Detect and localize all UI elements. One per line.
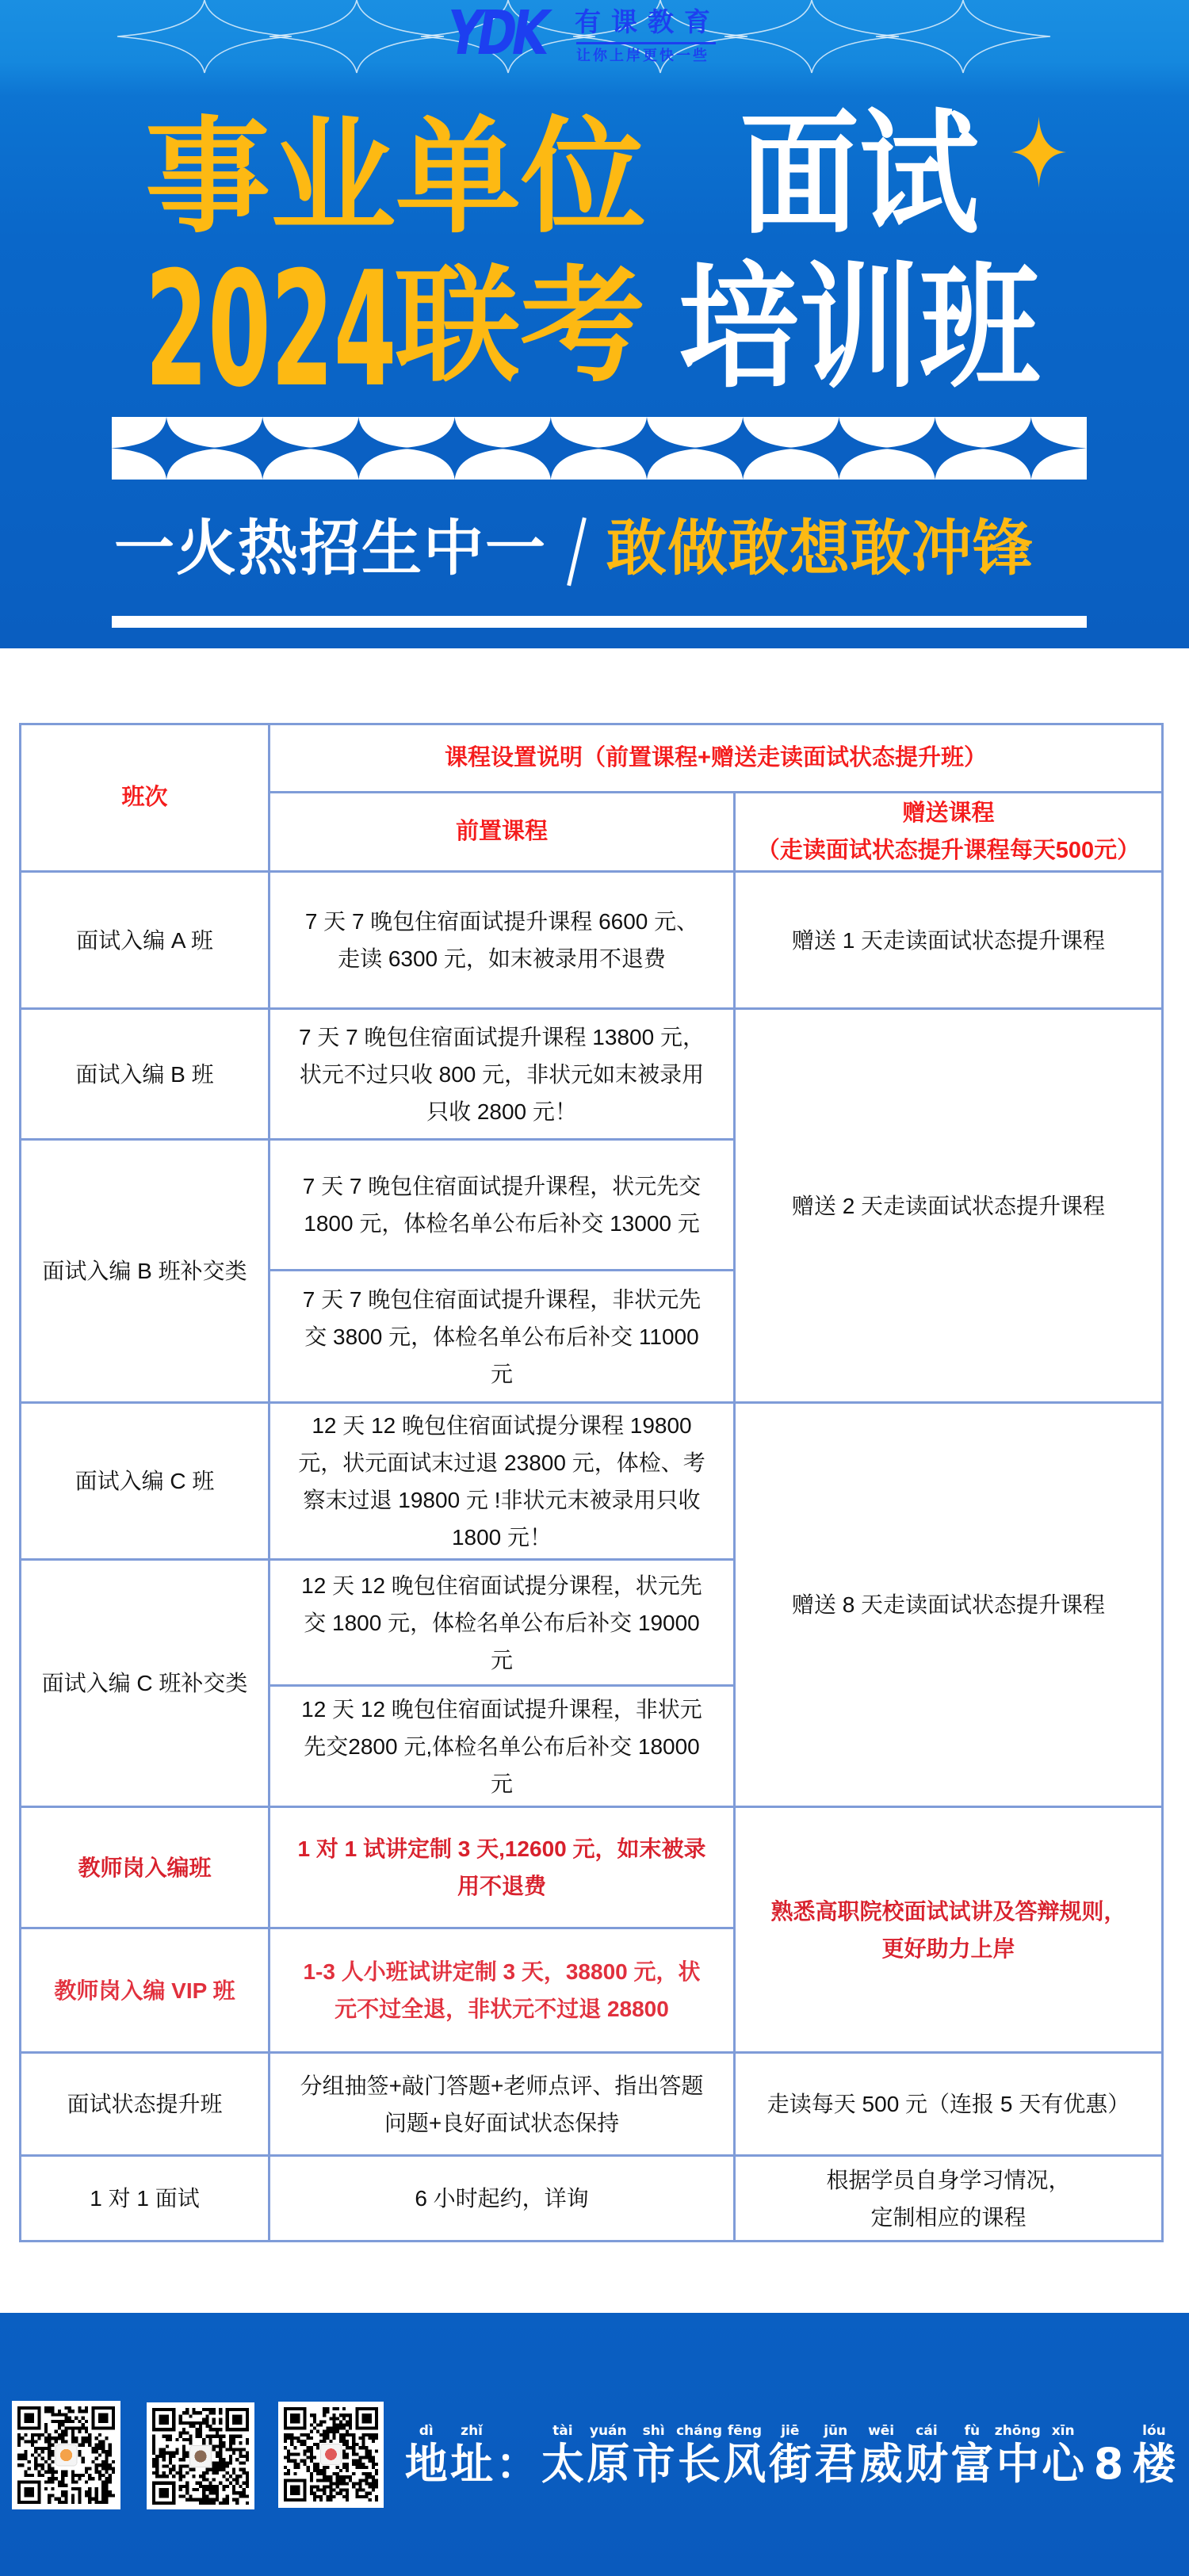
pinyin: zhōng (995, 2422, 1041, 2440)
qr-code-icon (12, 2401, 120, 2509)
table-row: 1 对 1 面试 6 小时起约，详询 根据学员自身学习情况， 定制相应的课程 (21, 2156, 1163, 2242)
pinyin: jiē (781, 2422, 799, 2440)
address-char: dì地 (403, 2422, 449, 2489)
address-char: zhōng中 (995, 2422, 1040, 2489)
table-row: 教师岗入编班 1 对 1 试讲定制 3 天,12600 元，如末被录 用不退费 … (21, 1807, 1163, 1928)
pinyin: tài (552, 2422, 572, 2440)
address-char: yuán原 (586, 2422, 631, 2489)
pre-course-cell: 7 天 7 晚包住宿面试提升课程 13800 元， 状元不过只收 800 元，非… (270, 1009, 735, 1140)
pre-course-cell: 7 天 7 晚包住宿面试提升课程，状元先交 1800 元，体检名单公布后补交 1… (270, 1140, 735, 1271)
hanzi: 街 (769, 2440, 812, 2489)
pre-course-cell: 7 天 7 晚包住宿面试提升课程，非状元先 交 3800 元，体检名单公布后补交… (270, 1271, 735, 1403)
pinyin: lóu (1142, 2422, 1166, 2440)
subtitle-enrolling: 一火热招生中一 (114, 518, 547, 579)
hanzi: 太 (541, 2440, 584, 2489)
address-char: lóu楼 (1131, 2422, 1176, 2489)
title-line-2: 联考 (395, 264, 645, 389)
pinyin: shì (643, 2422, 665, 2440)
hanzi: 地 (405, 2440, 448, 2489)
hanzi: 君 (814, 2440, 857, 2489)
title-year: 2024 (145, 251, 396, 410)
qr-code-icon (147, 2402, 254, 2509)
divider-bar (112, 616, 1087, 628)
logo-name: 有课教育 (575, 7, 721, 37)
logo-slogan: 让你上岸更快一些 (576, 48, 709, 65)
address-char: jūn君 (813, 2422, 858, 2489)
address-char: xīn心 (1040, 2422, 1085, 2489)
class-name: 教师岗入编 VIP 班 (21, 1928, 270, 2053)
table-row: 面试入编 B 班 7 天 7 晚包住宿面试提升课程 13800 元， 状元不过只… (21, 1009, 1163, 1140)
gift-course-cell: 赠送 2 天走读面试状态提升课程 (735, 1009, 1163, 1403)
header-pre-course: 前置课程 (270, 793, 735, 872)
address-char: ： (495, 2422, 540, 2489)
hanzi: 威 (860, 2440, 903, 2489)
address-char: shì市 (631, 2422, 676, 2489)
class-name: 面试入编 A 班 (21, 872, 270, 1009)
hanzi: 中 (996, 2440, 1039, 2489)
address-char: zhǐ址 (449, 2422, 494, 2489)
hanzi: 市 (633, 2440, 675, 2489)
address: dì地 zhǐ址 ： tài太 yuán原 shì市 cháng长 fēng风 … (403, 2422, 1177, 2489)
pre-course-cell: 1-3 人小班试讲定制 3 天，38800 元，状 元不过全退，非状元不过退 2… (270, 1928, 735, 2053)
course-table: 班次 课程设置说明（前置课程+赠送走读面试状态提升班） 前置课程 赠送课程 （走… (19, 723, 1164, 2242)
pinyin: yuán (590, 2422, 627, 2440)
pinyin: cháng (676, 2422, 722, 2440)
gift-course-cell: 熟悉高职院校面试试讲及答辩规则， 更好助力上岸 (735, 1807, 1163, 2053)
class-name: 面试入编 B 班补交类 (21, 1140, 270, 1403)
pre-course-cell: 6 小时起约，详询 (270, 2156, 735, 2242)
hanzi: ： (495, 2440, 538, 2489)
address-char: cháng长 (676, 2422, 721, 2489)
title-training-class: 培训班 (679, 261, 1040, 396)
address-char: tài太 (540, 2422, 585, 2489)
pre-course-cell: 分组抽签+敲门答题+老师点评、指出答题 问题+良好面试状态保持 (270, 2053, 735, 2156)
subtitle-slogan: 敢做敢想敢冲锋 (606, 518, 1034, 579)
hanzi: 富 (950, 2440, 993, 2489)
title-line-1: 事业单位 (145, 115, 646, 240)
table-row: 面试入编 C 班 12 天 12 晚包住宿面试提分课程 19800 元，状元面试… (21, 1403, 1163, 1560)
address-char: 8 (1086, 2422, 1131, 2489)
pinyin: fù (965, 2422, 981, 2440)
header-class-col: 班次 (21, 724, 270, 872)
header-course-setting: 课程设置说明（前置课程+赠送走读面试状态提升班） (270, 724, 1163, 793)
pre-course-cell: 12 天 12 晚包住宿面试提分课程 19800 元，状元面试末过退 23800… (270, 1403, 735, 1560)
logo-mark: YDK (442, 3, 572, 64)
address-char: wēi威 (858, 2422, 904, 2489)
hanzi: 心 (1042, 2440, 1084, 2489)
gift-course-cell: 根据学员自身学习情况， 定制相应的课程 (735, 2156, 1163, 2242)
class-name: 面试状态提升班 (21, 2053, 270, 2156)
address-char: jiē街 (767, 2422, 812, 2489)
address-char: fù富 (950, 2422, 995, 2489)
address-char: cái财 (904, 2422, 949, 2489)
class-name: 面试入编 B 班 (21, 1009, 270, 1140)
gift-course-cell: 走读每天 500 元（连报 5 天有优惠） (735, 2053, 1163, 2156)
pinyin: wēi (868, 2422, 894, 2440)
hanzi: 址 (450, 2440, 493, 2489)
class-name: 教师岗入编班 (21, 1807, 270, 1928)
pre-course-cell: 12 天 12 晚包住宿面试提分课程，状元先 交 1800 元，体检名单公布后补… (270, 1560, 735, 1686)
gift-course-cell: 赠送 8 天走读面试状态提升课程 (735, 1403, 1163, 1807)
table-row: 面试状态提升班 分组抽签+敲门答题+老师点评、指出答题 问题+良好面试状态保持 … (21, 2053, 1163, 2156)
subtitle-divider (567, 518, 587, 587)
pinyin: cái (916, 2422, 937, 2440)
class-name: 面试入编 C 班补交类 (21, 1560, 270, 1807)
class-name: 1 对 1 面试 (21, 2156, 270, 2242)
hero-banner: YDK 有课教育 让你上岸更快一些 事业单位 2024 联考 面试 培训班 一火… (0, 0, 1189, 648)
table-row: 面试入编 A 班 7 天 7 晚包住宿面试提升课程 6600 元、 走读 630… (21, 872, 1163, 1009)
title-interview: 面试 (740, 108, 979, 242)
pinyin: fēng (728, 2422, 762, 2440)
hanzi: 财 (905, 2440, 948, 2489)
gift-course-cell: 赠送 1 天走读面试状态提升课程 (735, 872, 1163, 1009)
hanzi: 8 (1094, 2440, 1124, 2489)
pre-course-cell: 7 天 7 晚包住宿面试提升课程 6600 元、 走读 6300 元，如末被录用… (270, 872, 735, 1009)
hanzi: 原 (587, 2440, 629, 2489)
logo-underline (576, 42, 716, 44)
star-icon (1011, 117, 1066, 188)
pre-course-cell: 1 对 1 试讲定制 3 天,12600 元，如末被录 用不退费 (270, 1807, 735, 1928)
hanzi: 风 (723, 2440, 766, 2489)
pinyin: jūn (824, 2422, 847, 2440)
hanzi: 楼 (1133, 2440, 1176, 2489)
header-gift-course: 赠送课程 （走读面试状态提升课程每天500元） (735, 793, 1163, 872)
pinyin: xīn (1052, 2422, 1075, 2440)
class-name: 面试入编 C 班 (21, 1403, 270, 1560)
pinyin: zhǐ (461, 2422, 483, 2440)
hanzi: 长 (678, 2440, 721, 2489)
star-strip-icon (112, 417, 1087, 480)
qr-code-icon (278, 2402, 384, 2508)
pre-course-cell: 12 天 12 晚包住宿面试提升课程，非状元 先交2800 元,体检名单公布后补… (270, 1686, 735, 1807)
pinyin: dì (419, 2422, 434, 2440)
address-char: fēng风 (722, 2422, 767, 2489)
table-header-row: 班次 课程设置说明（前置课程+赠送走读面试状态提升班） (21, 724, 1163, 793)
